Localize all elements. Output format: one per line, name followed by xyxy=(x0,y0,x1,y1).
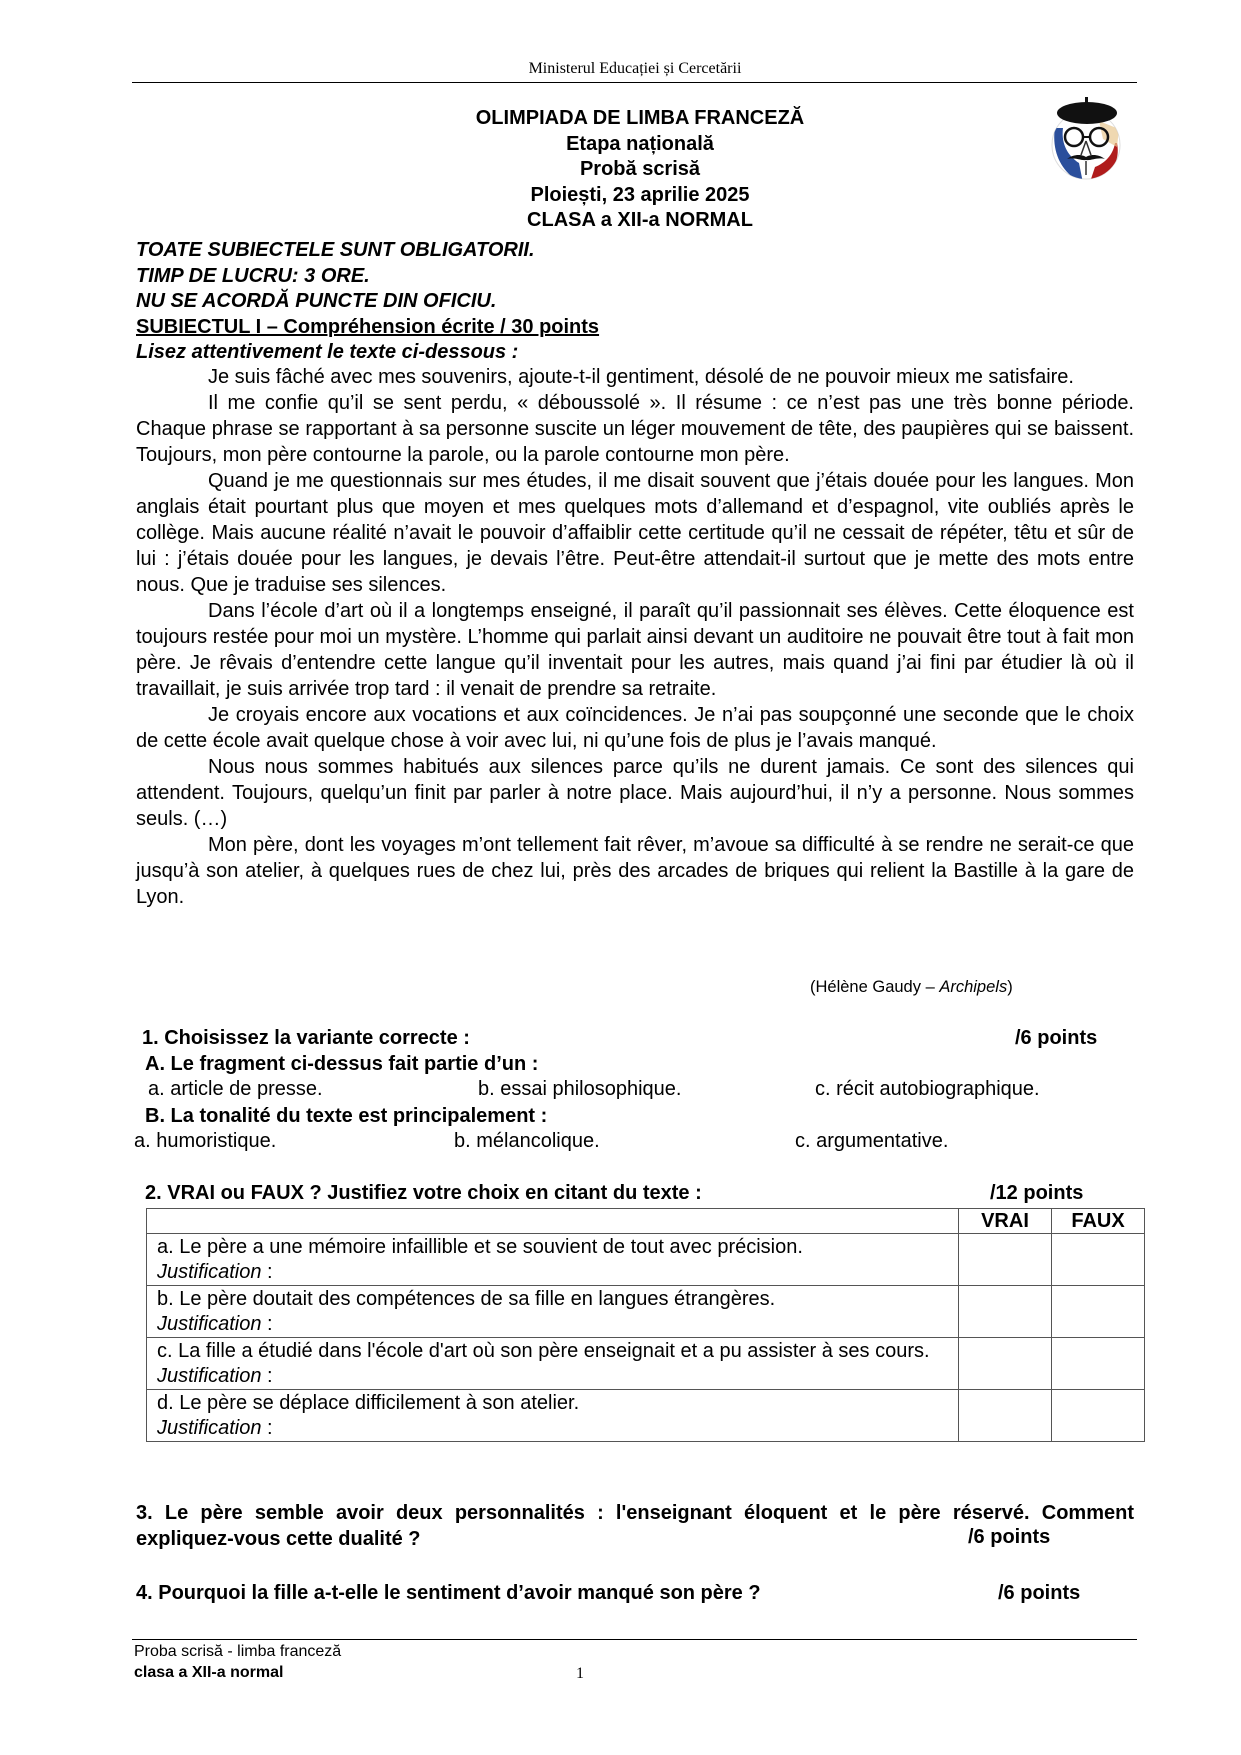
page-number: 1 xyxy=(576,1665,584,1683)
col-false-header: FAUX xyxy=(1052,1209,1145,1234)
footer-class: clasa a XII-a normal xyxy=(134,1664,283,1682)
q1a-option-b[interactable]: b. essai philosophique. xyxy=(478,1078,681,1101)
footer-divider xyxy=(132,1639,1137,1640)
true-checkbox-cell[interactable] xyxy=(959,1338,1052,1390)
q2-points: /12 points xyxy=(990,1182,1083,1205)
justification-label: Justification xyxy=(157,1365,262,1387)
passage-source: (Hélène Gaudy – Archipels) xyxy=(810,978,1013,997)
false-checkbox-cell[interactable] xyxy=(1052,1234,1145,1286)
subject-heading: SUBIECTUL I – Compréhension écrite / 30 … xyxy=(136,316,599,338)
q1b-option-a[interactable]: a. humoristique. xyxy=(134,1130,276,1153)
passage-paragraph: Il me confie qu’il se sent perdu, « débo… xyxy=(136,390,1134,468)
q1b-option-c[interactable]: c. argumentative. xyxy=(795,1130,948,1153)
source-close: ) xyxy=(1007,978,1013,996)
exam-instructions: TOATE SUBIECTELE SUNT OBLIGATORII. TIMP … xyxy=(136,238,1136,366)
rule-time: TIMP DE LUCRU: 3 ORE. xyxy=(136,264,1136,290)
q2-title: 2. VRAI ou FAUX ? Justifiez votre choix … xyxy=(145,1182,702,1205)
true-false-table: VRAI FAUX a. Le père a une mémoire infai… xyxy=(146,1208,1145,1442)
true-checkbox-cell[interactable] xyxy=(959,1234,1052,1286)
q3-points: /6 points xyxy=(968,1526,1050,1549)
q1a-option-a[interactable]: a. article de presse. xyxy=(148,1078,323,1101)
col-true-header: VRAI xyxy=(959,1209,1052,1234)
table-header-row: VRAI FAUX xyxy=(147,1209,1145,1234)
reading-instruction: Lisez attentivement le texte ci-dessous … xyxy=(136,340,1136,366)
q4-points: /6 points xyxy=(998,1582,1080,1605)
q1b-question: B. La tonalité du texte est principaleme… xyxy=(145,1105,547,1128)
source-work: Archipels xyxy=(939,978,1007,996)
statement-text: a. Le père a une mémoire infaillible et … xyxy=(157,1235,948,1260)
statement-text: d. Le père se déplace difficilement à so… xyxy=(157,1391,948,1416)
statement-header xyxy=(147,1209,959,1234)
passage-paragraph: Dans l’école d’art où il a longtemps ens… xyxy=(136,598,1134,702)
olympiad-title: OLIMPIADA DE LIMBA FRANCEZĂ xyxy=(380,106,900,132)
rule-no-free-points: NU SE ACORDĂ PUNCTE DIN OFICIU. xyxy=(136,289,1136,315)
q1-points: /6 points xyxy=(1015,1027,1097,1050)
reading-passage: Je suis fâché avec mes souvenirs, ajoute… xyxy=(136,364,1134,910)
passage-paragraph: Je croyais encore aux vocations et aux c… xyxy=(136,702,1134,754)
true-checkbox-cell[interactable] xyxy=(959,1390,1052,1442)
q4-question: 4. Pourquoi la fille a-t-elle le sentime… xyxy=(136,1582,761,1605)
source-author: (Hélène Gaudy – xyxy=(810,978,939,996)
passage-paragraph: Nous nous sommes habitués aux silences p… xyxy=(136,754,1134,832)
statement-cell: d. Le père se déplace difficilement à so… xyxy=(147,1390,959,1442)
beret-mustache-flag-logo-icon xyxy=(1043,83,1129,189)
rule-mandatory: TOATE SUBIECTELE SUNT OBLIGATORII. xyxy=(136,238,1136,264)
false-checkbox-cell[interactable] xyxy=(1052,1338,1145,1390)
exam-page: Ministerul Educației și Cercetării OLI xyxy=(0,0,1241,1755)
exam-location-date: Ploiești, 23 aprilie 2025 xyxy=(380,183,900,209)
exam-type: Probă scrisă xyxy=(380,157,900,183)
statement-cell: a. Le père a une mémoire infaillible et … xyxy=(147,1234,959,1286)
table-row: a. Le père a une mémoire infaillible et … xyxy=(147,1234,1145,1286)
q1-title: 1. Choisissez la variante correcte : xyxy=(142,1027,470,1050)
q1b-option-b[interactable]: b. mélancolique. xyxy=(454,1130,600,1153)
true-checkbox-cell[interactable] xyxy=(959,1286,1052,1338)
table-row: b. Le père doutait des compétences de sa… xyxy=(147,1286,1145,1338)
header-ministry: Ministerul Educației și Cercetării xyxy=(0,60,1241,78)
header-divider xyxy=(132,82,1137,83)
statement-cell: c. La fille a étudié dans l'école d'art … xyxy=(147,1338,959,1390)
justification-label: Justification xyxy=(157,1313,262,1335)
passage-paragraph: Je suis fâché avec mes souvenirs, ajoute… xyxy=(136,364,1134,390)
q1a-option-c[interactable]: c. récit autobiographique. xyxy=(815,1078,1040,1101)
statement-cell: b. Le père doutait des compétences de sa… xyxy=(147,1286,959,1338)
justification-label: Justification xyxy=(157,1417,262,1439)
table-row: c. La fille a étudié dans l'école d'art … xyxy=(147,1338,1145,1390)
passage-paragraph: Quand je me questionnais sur mes études,… xyxy=(136,468,1134,598)
exam-title-block: OLIMPIADA DE LIMBA FRANCEZĂ Etapa națion… xyxy=(380,106,900,234)
passage-paragraph: Mon père, dont les voyages m’ont telleme… xyxy=(136,832,1134,910)
statement-text: c. La fille a étudié dans l'école d'art … xyxy=(157,1339,948,1364)
stage-title: Etapa națională xyxy=(380,132,900,158)
false-checkbox-cell[interactable] xyxy=(1052,1390,1145,1442)
exam-class: CLASA a XII-a NORMAL xyxy=(380,208,900,234)
q1a-question: A. Le fragment ci-dessus fait partie d’u… xyxy=(145,1053,538,1076)
footer-exam-name: Proba scrisă - limba franceză xyxy=(134,1643,341,1661)
false-checkbox-cell[interactable] xyxy=(1052,1286,1145,1338)
statement-text: b. Le père doutait des compétences de sa… xyxy=(157,1287,948,1312)
justification-label: Justification xyxy=(157,1261,262,1283)
table-row: d. Le père se déplace difficilement à so… xyxy=(147,1390,1145,1442)
